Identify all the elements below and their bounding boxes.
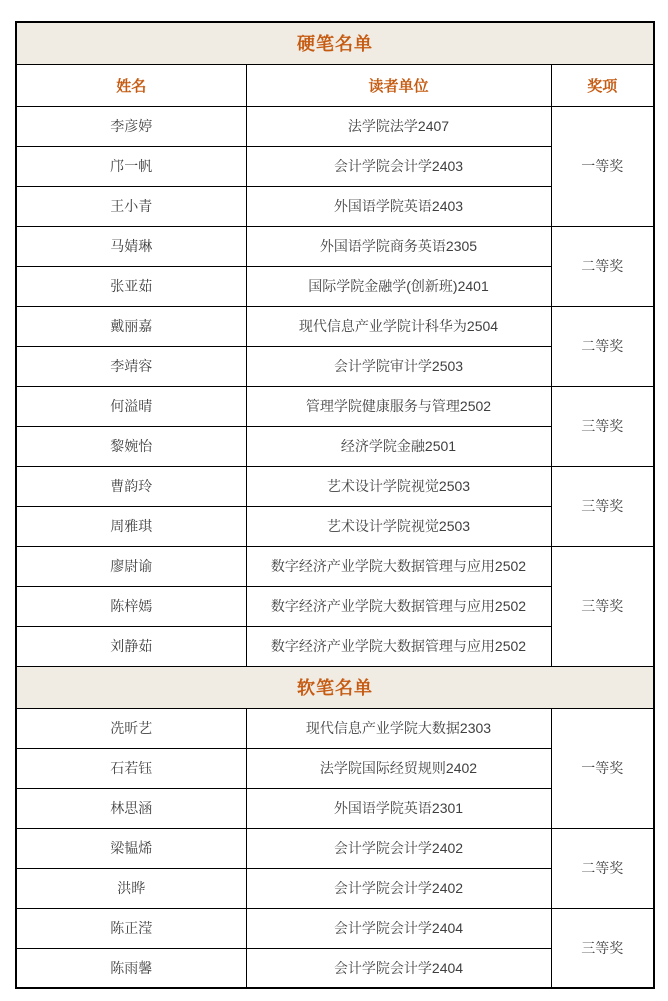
table-row: 梁韫烯会计学院会计学2402二等奖 [16, 828, 654, 868]
name-cell: 张亚茹 [16, 266, 246, 306]
unit-cell: 艺术设计学院视觉2503 [246, 466, 551, 506]
name-cell: 廖尉谕 [16, 546, 246, 586]
award-cell: 一等奖 [551, 106, 654, 226]
name-cell: 洪晔 [16, 868, 246, 908]
award-cell: 三等奖 [551, 546, 654, 666]
award-table-body: 硬笔名单姓名读者单位奖项李彦婷法学院法学2407一等奖邝一帆会计学院会计学240… [16, 22, 654, 988]
name-cell: 刘静茹 [16, 626, 246, 666]
award-cell: 二等奖 [551, 226, 654, 306]
table-row: 马婧琳外国语学院商务英语2305二等奖 [16, 226, 654, 266]
name-cell: 林思涵 [16, 788, 246, 828]
table-row: 何溢晴管理学院健康服务与管理2502三等奖 [16, 386, 654, 426]
table-row: 李彦婷法学院法学2407一等奖 [16, 106, 654, 146]
name-cell: 曹韵玲 [16, 466, 246, 506]
name-cell: 王小青 [16, 186, 246, 226]
unit-cell: 现代信息产业学院大数据2303 [246, 708, 551, 748]
name-cell: 梁韫烯 [16, 828, 246, 868]
award-cell: 三等奖 [551, 386, 654, 466]
name-cell: 陈梓嫣 [16, 586, 246, 626]
unit-cell: 管理学院健康服务与管理2502 [246, 386, 551, 426]
unit-cell: 现代信息产业学院计科华为2504 [246, 306, 551, 346]
name-cell: 黎婉怡 [16, 426, 246, 466]
section-title: 软笔名单 [16, 666, 654, 708]
unit-cell: 会计学院会计学2402 [246, 868, 551, 908]
name-cell: 邝一帆 [16, 146, 246, 186]
name-cell: 陈雨馨 [16, 948, 246, 988]
unit-cell: 数字经济产业学院大数据管理与应用2502 [246, 626, 551, 666]
section-header-row: 软笔名单 [16, 666, 654, 708]
unit-cell: 会计学院会计学2402 [246, 828, 551, 868]
name-cell: 石若钰 [16, 748, 246, 788]
name-cell: 马婧琳 [16, 226, 246, 266]
name-cell: 戴丽嘉 [16, 306, 246, 346]
unit-cell: 法学院国际经贸规则2402 [246, 748, 551, 788]
unit-cell: 会计学院审计学2503 [246, 346, 551, 386]
unit-cell: 外国语学院英语2301 [246, 788, 551, 828]
name-cell: 陈正滢 [16, 908, 246, 948]
table-row: 曹韵玲艺术设计学院视觉2503三等奖 [16, 466, 654, 506]
table-row: 戴丽嘉现代信息产业学院计科华为2504二等奖 [16, 306, 654, 346]
section-header-row: 硬笔名单 [16, 22, 654, 64]
section-title: 硬笔名单 [16, 22, 654, 64]
column-header-row: 姓名读者单位奖项 [16, 64, 654, 106]
unit-cell: 数字经济产业学院大数据管理与应用2502 [246, 586, 551, 626]
name-cell: 李彦婷 [16, 106, 246, 146]
award-cell: 一等奖 [551, 708, 654, 828]
award-cell: 三等奖 [551, 466, 654, 546]
unit-cell: 艺术设计学院视觉2503 [246, 506, 551, 546]
table-row: 陈正滢会计学院会计学2404三等奖 [16, 908, 654, 948]
award-table: 硬笔名单姓名读者单位奖项李彦婷法学院法学2407一等奖邝一帆会计学院会计学240… [15, 21, 655, 989]
unit-cell: 会计学院会计学2403 [246, 146, 551, 186]
column-header: 读者单位 [246, 64, 551, 106]
unit-cell: 法学院法学2407 [246, 106, 551, 146]
award-cell: 二等奖 [551, 306, 654, 386]
name-cell: 周雅琪 [16, 506, 246, 546]
column-header: 姓名 [16, 64, 246, 106]
award-cell: 二等奖 [551, 828, 654, 908]
unit-cell: 数字经济产业学院大数据管理与应用2502 [246, 546, 551, 586]
unit-cell: 经济学院金融2501 [246, 426, 551, 466]
name-cell: 何溢晴 [16, 386, 246, 426]
unit-cell: 会计学院会计学2404 [246, 908, 551, 948]
table-row: 冼昕艺现代信息产业学院大数据2303一等奖 [16, 708, 654, 748]
unit-cell: 国际学院金融学(创新班)2401 [246, 266, 551, 306]
name-cell: 李靖容 [16, 346, 246, 386]
unit-cell: 外国语学院英语2403 [246, 186, 551, 226]
table-row: 廖尉谕数字经济产业学院大数据管理与应用2502三等奖 [16, 546, 654, 586]
unit-cell: 外国语学院商务英语2305 [246, 226, 551, 266]
unit-cell: 会计学院会计学2404 [246, 948, 551, 988]
name-cell: 冼昕艺 [16, 708, 246, 748]
award-cell: 三等奖 [551, 908, 654, 988]
page: 硬笔名单姓名读者单位奖项李彦婷法学院法学2407一等奖邝一帆会计学院会计学240… [0, 0, 668, 989]
column-header: 奖项 [551, 64, 654, 106]
